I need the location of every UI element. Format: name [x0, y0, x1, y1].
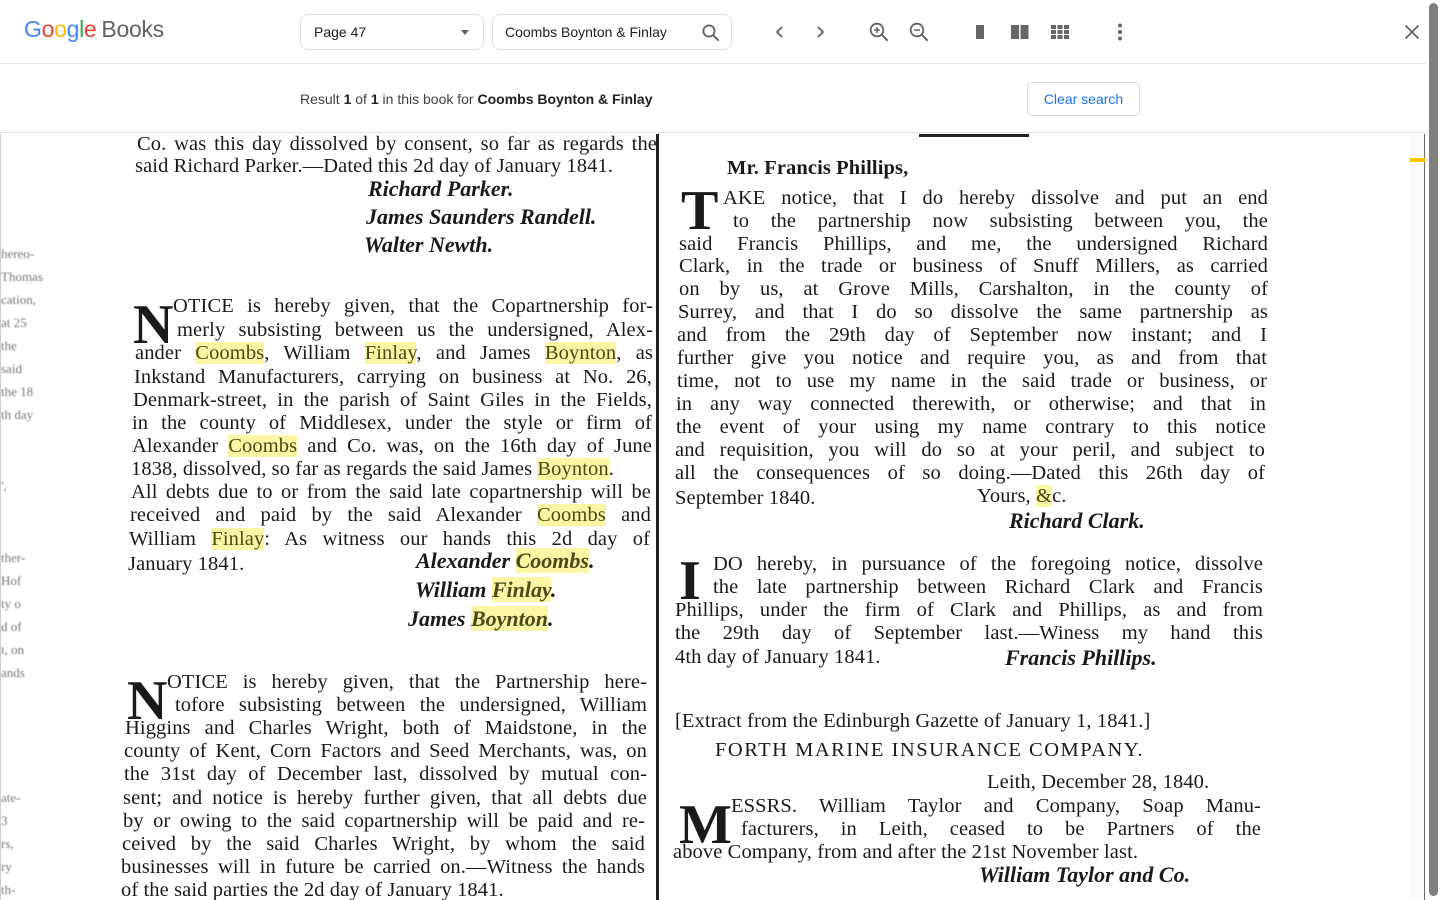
search-highlight: Finlay — [211, 528, 264, 550]
signature: James Saunders Randell. — [366, 204, 596, 230]
search-input[interactable] — [493, 15, 688, 49]
search-highlight: Finlay — [492, 577, 551, 602]
search-results-bar: Result 1 of 1 in this book for Coombs Bo… — [0, 65, 1426, 133]
text-line: Co. was this day dissolved by consent, s… — [137, 134, 657, 156]
search-highlight: Boynton — [471, 606, 548, 631]
zoom-in-icon — [868, 21, 890, 43]
page-select-dropdown[interactable]: Page 47 — [300, 14, 484, 50]
company-heading: FORTH MARINE INSURANCE COMPANY. — [715, 738, 1144, 762]
two-page-view-icon — [1011, 25, 1029, 39]
single-page-view-icon — [975, 25, 985, 39]
result-total: 1 — [371, 91, 379, 107]
search-highlight: Coombs — [516, 548, 589, 573]
search-highlight: Boynton — [537, 458, 608, 480]
close-button[interactable] — [1397, 17, 1427, 47]
signature: Richard Clark. — [1009, 508, 1145, 534]
book-page-viewer[interactable]: hereo- Thomas cation, at 25 the said the… — [0, 134, 1426, 900]
more-vert-icon — [1117, 23, 1123, 41]
google-books-logo[interactable]: GoogleBooks — [24, 16, 164, 43]
dateline: Leith, December 28, 1840. — [987, 770, 1209, 794]
search-highlight: Finlay — [365, 342, 417, 364]
adjacent-page-fragments: hereo- Thomas cation, at 25 the said the… — [1, 242, 41, 426]
search-highlight: Coombs — [537, 504, 606, 526]
search-hit-gutter — [1409, 134, 1425, 900]
two-page-view-button[interactable] — [1005, 17, 1035, 47]
search-highlight: Coombs — [228, 435, 297, 457]
close-icon — [1404, 24, 1420, 40]
chevron-left-icon — [773, 25, 787, 39]
search-icon[interactable] — [701, 23, 721, 43]
next-result-button[interactable] — [805, 17, 835, 47]
signature: William Finlay. — [415, 577, 556, 603]
signature: William Taylor and Co. — [979, 862, 1190, 888]
signature: Alexander Coombs. — [416, 548, 594, 574]
thumbnail-view-button[interactable] — [1045, 17, 1075, 47]
extract-source: [Extract from the Edinburgh Gazette of J… — [675, 709, 1150, 733]
signature: Richard Parker. — [368, 176, 513, 202]
vertical-scrollbar[interactable] — [1427, 0, 1440, 900]
dropdown-caret-icon — [461, 30, 469, 35]
thumbnail-grid-icon — [1051, 25, 1069, 39]
zoom-out-button[interactable] — [904, 17, 934, 47]
search-highlight: Coombs — [195, 342, 264, 364]
signature: Francis Phillips. — [1005, 645, 1157, 671]
signature: Walter Newth. — [364, 232, 493, 258]
zoom-in-button[interactable] — [864, 17, 894, 47]
chevron-right-icon — [813, 25, 827, 39]
notice-separator-rule — [919, 134, 1029, 137]
search-hit-marker[interactable] — [1410, 158, 1425, 162]
text-line: said Richard Parker.—Dated this 2d day o… — [135, 154, 613, 178]
single-page-view-button[interactable] — [965, 17, 995, 47]
zoom-out-icon — [908, 21, 930, 43]
result-summary: Result 1 of 1 in this book for Coombs Bo… — [300, 91, 652, 107]
top-toolbar: GoogleBooks Page 47 — [0, 0, 1426, 64]
signature: James Boynton. — [408, 606, 553, 632]
column-divider — [656, 134, 659, 900]
salutation: Mr. Francis Phillips, — [727, 156, 908, 180]
result-current: 1 — [344, 91, 352, 107]
search-highlight: Boynton — [545, 342, 616, 364]
result-query: Coombs Boynton & Finlay — [477, 91, 652, 107]
previous-result-button[interactable] — [765, 17, 795, 47]
clear-search-button[interactable]: Clear search — [1027, 82, 1140, 116]
drop-cap: T — [681, 186, 718, 236]
more-options-button[interactable] — [1105, 17, 1135, 47]
search-in-book-box — [492, 14, 732, 50]
page-select-value: Page 47 — [314, 24, 366, 40]
search-highlight: & — [1036, 485, 1052, 507]
scrollbar-thumb[interactable] — [1429, 3, 1438, 896]
